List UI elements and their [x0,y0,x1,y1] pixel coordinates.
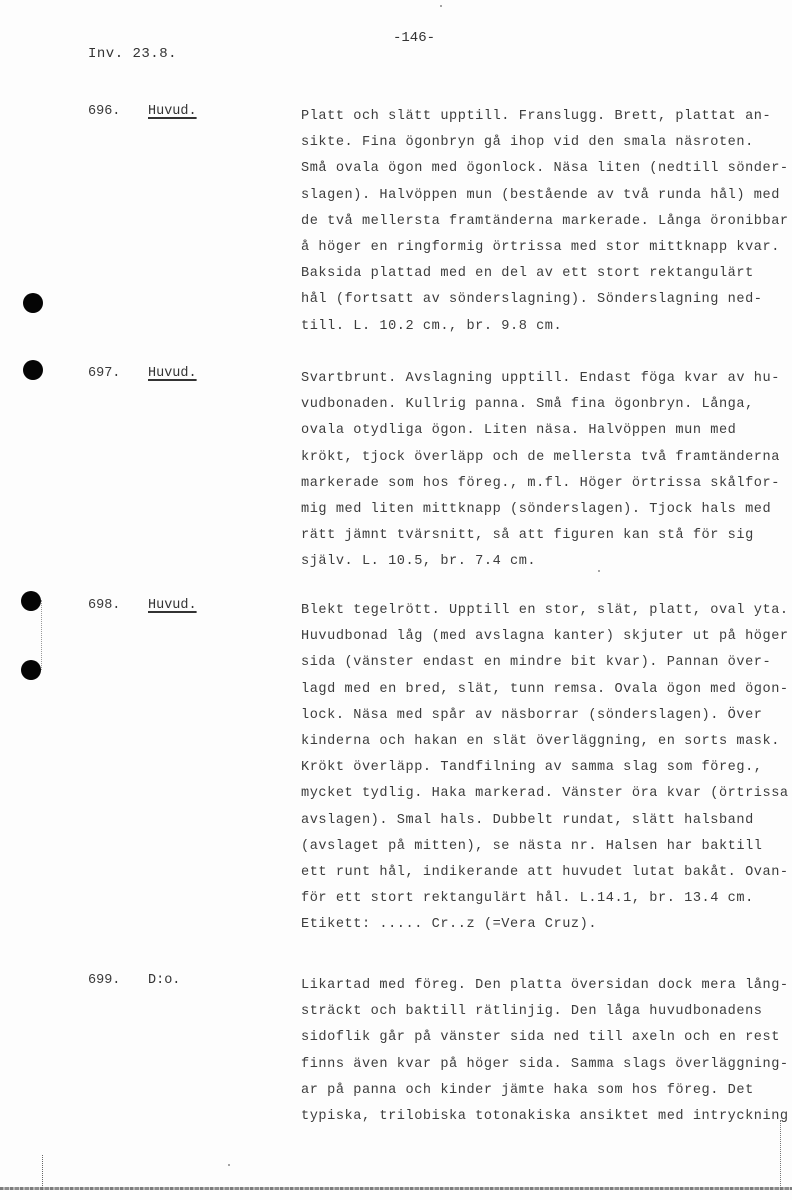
scan-speck [598,570,600,572]
punch-hole [23,293,43,313]
text-line: mycket tydlig. Haka markerad. Vänster ör… [301,781,781,807]
entry-description: Platt och slätt upptill. Franslugg. Bret… [301,104,781,340]
text-line: rätt jämnt tvärsnitt, så att figuren kan… [301,523,781,549]
punch-hole [21,660,41,680]
text-line: de två mellersta framtänderna markerade.… [301,209,781,235]
text-line: slagen). Halvöppen mun (bestående av två… [301,183,781,209]
text-line: Platt och slätt upptill. Franslugg. Bret… [301,104,781,130]
entry-number: 699. [88,973,120,988]
entry-description: Blekt tegelrött. Upptill en stor, slät, … [301,598,781,939]
inventory-number: Inv. 23.8. [88,46,177,62]
text-line: ar på panna och kinder jämte haka som ho… [301,1078,781,1104]
text-line: ett runt hål, indikerande att huvudet lu… [301,860,781,886]
text-line: krökt, tjock överläpp och de mellersta t… [301,445,781,471]
text-line: (avslaget på mitten), se nästa nr. Halse… [301,834,781,860]
text-line: Svartbrunt. Avslagning upptill. Endast f… [301,366,781,392]
text-line: hål (fortsatt av sönderslagning). Sönder… [301,287,781,313]
text-line: sikte. Fina ögonbryn gå ihop vid den sma… [301,130,781,156]
text-line: Baksida plattad med en del av ett stort … [301,261,781,287]
text-line: å höger en ringformig örtrissa med stor … [301,235,781,261]
text-line: själv. L. 10.5, br. 7.4 cm. [301,549,781,575]
text-line: kinderna och hakan en slät överläggning,… [301,729,781,755]
page-number: -146- [393,30,435,46]
scan-speck [440,5,442,7]
text-line: Blekt tegelrött. Upptill en stor, slät, … [301,598,781,624]
text-line: typiska, trilobiska totonakiska ansiktet… [301,1104,781,1130]
page-bottom-edge [0,1187,792,1190]
entry-number: 696. [88,104,120,119]
entry-description: Svartbrunt. Avslagning upptill. Endast f… [301,366,781,576]
text-line: finns även kvar på höger sida. Samma sla… [301,1052,781,1078]
scan-artifact [780,1120,782,1190]
text-line: Små ovala ögon med ögonlock. Näsa liten … [301,156,781,182]
margin-mark [41,600,43,670]
scan-speck [228,1164,230,1166]
entry-label: Huvud. [148,104,197,119]
entry-number: 698. [88,598,120,613]
text-line: lock. Näsa med spår av näsborrar (sönder… [301,703,781,729]
text-line: Etikett: ..... Cr..z (=Vera Cruz). [301,912,781,938]
entry-label: D:o. [148,973,180,988]
text-line: ovala otydliga ögon. Liten näsa. Halvöpp… [301,418,781,444]
text-line: sidoflik går på vänster sida ned till ax… [301,1025,781,1051]
text-line: för ett stort rektangulärt hål. L.14.1, … [301,886,781,912]
entry-description: Likartad med föreg. Den platta översidan… [301,973,781,1130]
text-line: till. L. 10.2 cm., br. 9.8 cm. [301,314,781,340]
punch-hole [21,591,41,611]
text-line: avslagen). Smal hals. Dubbelt rundat, sl… [301,808,781,834]
text-line: vudbonaden. Kullrig panna. Små fina ögon… [301,392,781,418]
text-line: Krökt överläpp. Tandfilning av samma sla… [301,755,781,781]
text-line: sträckt och baktill rätlinjig. Den låga … [301,999,781,1025]
typewritten-catalog-page: Inv. 23.8. -146- 696. Huvud. Platt och s… [0,0,792,1200]
text-line: lagd med en bred, slät, tunn remsa. Oval… [301,677,781,703]
text-line: Huvudbonad låg (med avslagna kanter) skj… [301,624,781,650]
text-line: sida (vänster endast en mindre bit kvar)… [301,650,781,676]
entry-label: Huvud. [148,598,197,613]
punch-hole [23,360,43,380]
text-line: mig med liten mittknapp (sönderslagen). … [301,497,781,523]
entry-label: Huvud. [148,366,197,381]
entry-number: 697. [88,366,120,381]
text-line: markerade som hos föreg., m.fl. Höger ör… [301,471,781,497]
scan-artifact [42,1155,44,1190]
text-line: Likartad med föreg. Den platta översidan… [301,973,781,999]
